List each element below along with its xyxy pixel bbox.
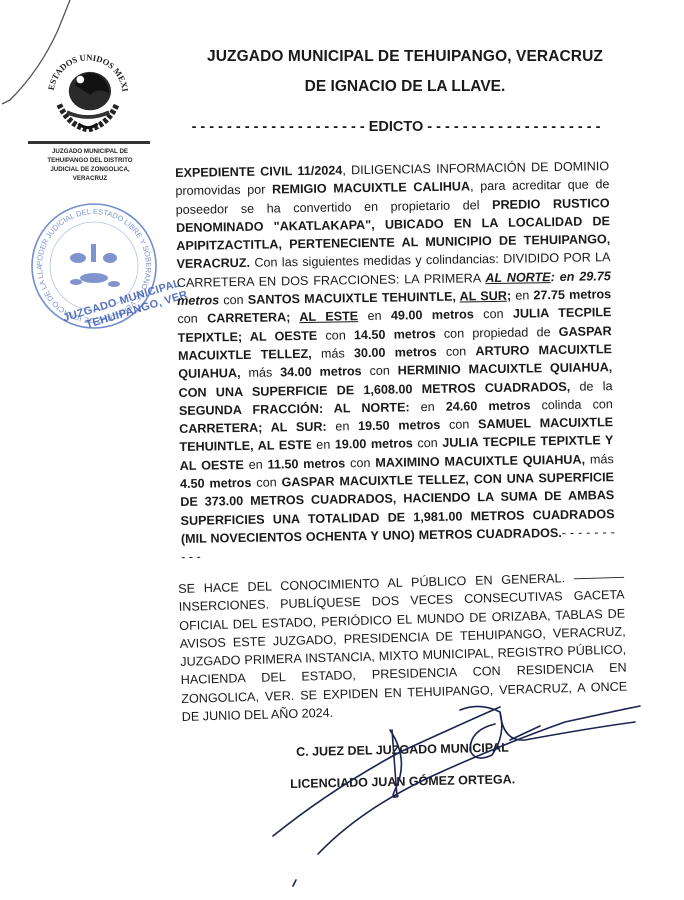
court-label-line: TEHUIPANGO DEL DISTRITO — [20, 156, 160, 165]
edict-body: EXPEDIENTE CIVIL 11/2024, DILIGENCIAS IN… — [175, 157, 615, 566]
dots-left: - - - - - - - - - - - - - - - - - - - - — [192, 119, 369, 135]
mexican-coat-of-arms-icon: ESTADOS UNIDOS MEXICANOS — [40, 45, 136, 141]
seal-underline — [28, 141, 150, 144]
section-title: - - - - - - - - - - - - - - - - - - - - … — [176, 119, 616, 135]
signatory-title: C. JUEZ DEL JUZGADO MUNICIPAL — [296, 741, 509, 759]
dots-right: - - - - - - - - - - - - - - - - - - - - — [423, 119, 600, 135]
court-subtitle: DE IGNACIO DE LA LLAVE. — [200, 78, 610, 96]
court-label-line: JUDICIAL DE ZONGOLICA, — [20, 165, 160, 174]
court-label-line: VERACRUZ — [20, 174, 160, 183]
court-label-line: JUZGADO MUNICIPAL DE — [20, 147, 160, 156]
edicto-label: EDICTO — [369, 119, 424, 135]
publication-notice: SE HACE DEL CONOCIMIENTO AL PÚBLICO EN G… — [178, 568, 628, 727]
court-label: JUZGADO MUNICIPAL DE TEHUIPANGO DEL DIST… — [20, 147, 160, 183]
court-title: JUZGADO MUNICIPAL DE TEHUIPANGO, VERACRU… — [200, 48, 610, 66]
signatory-name: LICENCIADO JUAN GÓMEZ ORTEGA. — [290, 772, 515, 791]
edict-paragraph: EXPEDIENTE CIVIL 11/2024, DILIGENCIAS IN… — [175, 157, 615, 566]
